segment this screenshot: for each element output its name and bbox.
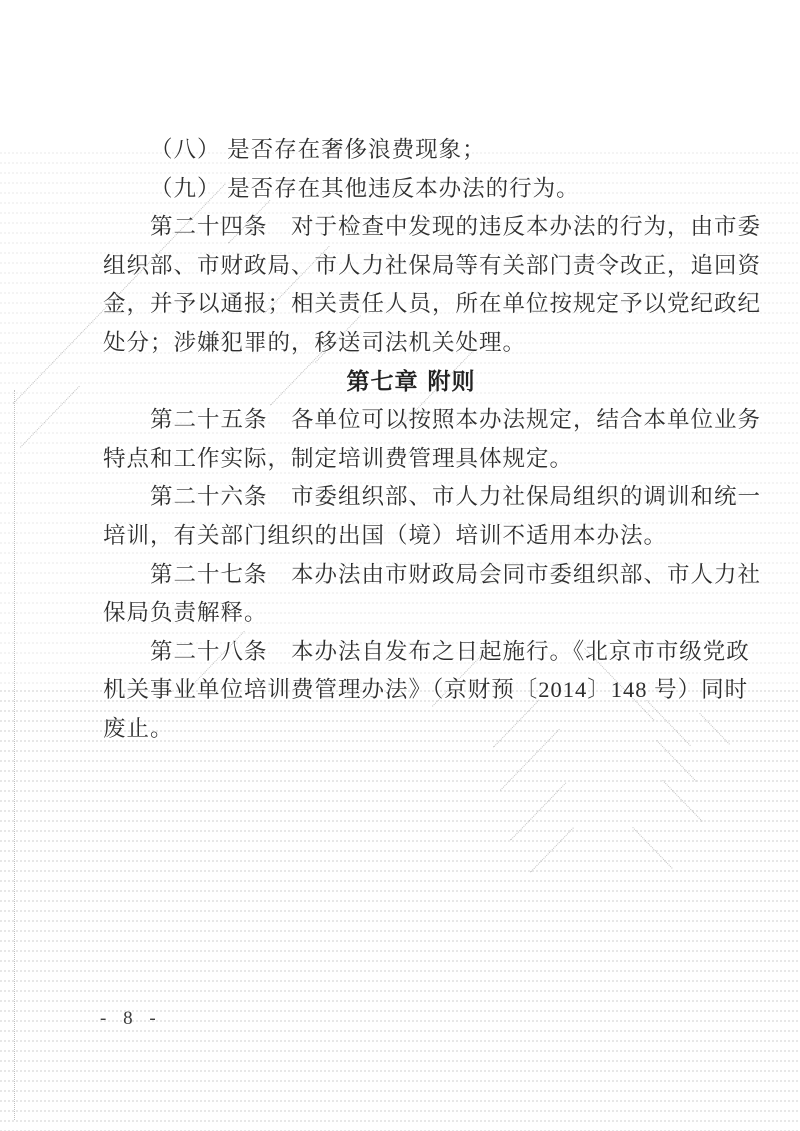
doc-line: （九） 是否存在其他违反本办法的行为。 — [103, 170, 719, 209]
doc-line: 第二十五条 各单位可以按照本办法规定，结合本单位业务 — [103, 401, 719, 440]
doc-line: 特点和工作实际，制定培训费管理具体规定。 — [103, 440, 719, 479]
watermark-diagonal-line — [632, 827, 672, 869]
doc-line: 机关事业单位培训费管理办法》（京财预〔2014〕148 号）同时 — [103, 671, 719, 710]
doc-line: 废止。 — [103, 710, 719, 749]
doc-line: 处分；涉嫌犯罪的，移送司法机关处理。 — [103, 324, 719, 363]
doc-line: 第二十七条 本办法由市财政局会同市委组织部、市人力社 — [103, 556, 719, 595]
doc-line: 第二十六条 市委组织部、市人力社保局组织的调训和统一 — [103, 478, 719, 517]
doc-line: 第二十四条 对于检查中发现的违反本办法的行为，由市委 — [103, 208, 719, 247]
doc-line: 第二十八条 本办法自发布之日起施行。《北京市市级党政 — [103, 633, 719, 672]
document-body: （八） 是否存在奢侈浪费现象； （九） 是否存在其他违反本办法的行为。 第二十四… — [103, 131, 719, 749]
doc-line: 组织部、市财政局、市人力社保局等有关部门责令改正，追回资 — [103, 247, 719, 286]
watermark-diagonal-line — [662, 780, 702, 822]
watermark-diagonal-line — [20, 386, 80, 448]
doc-line: 金，并予以通报；相关责任人员，所在单位按规定予以党纪政纪 — [103, 285, 719, 324]
doc-line: 培训，有关部门组织的出国（境）培训不适用本办法。 — [103, 517, 719, 556]
watermark-vertical-line — [14, 390, 15, 1120]
doc-line: （八） 是否存在奢侈浪费现象； — [103, 131, 719, 170]
doc-line: 保局负责解释。 — [103, 594, 719, 633]
watermark-dot-rows-lower — [0, 690, 800, 1131]
document-page: （八） 是否存在奢侈浪费现象； （九） 是否存在其他违反本办法的行为。 第二十四… — [0, 0, 800, 1131]
watermark-diagonal-line — [510, 782, 566, 840]
page-number: - 8 - — [100, 1008, 162, 1030]
watermark-diagonal-line — [530, 827, 574, 872]
chapter-heading: 第七章 附则 — [103, 363, 719, 402]
